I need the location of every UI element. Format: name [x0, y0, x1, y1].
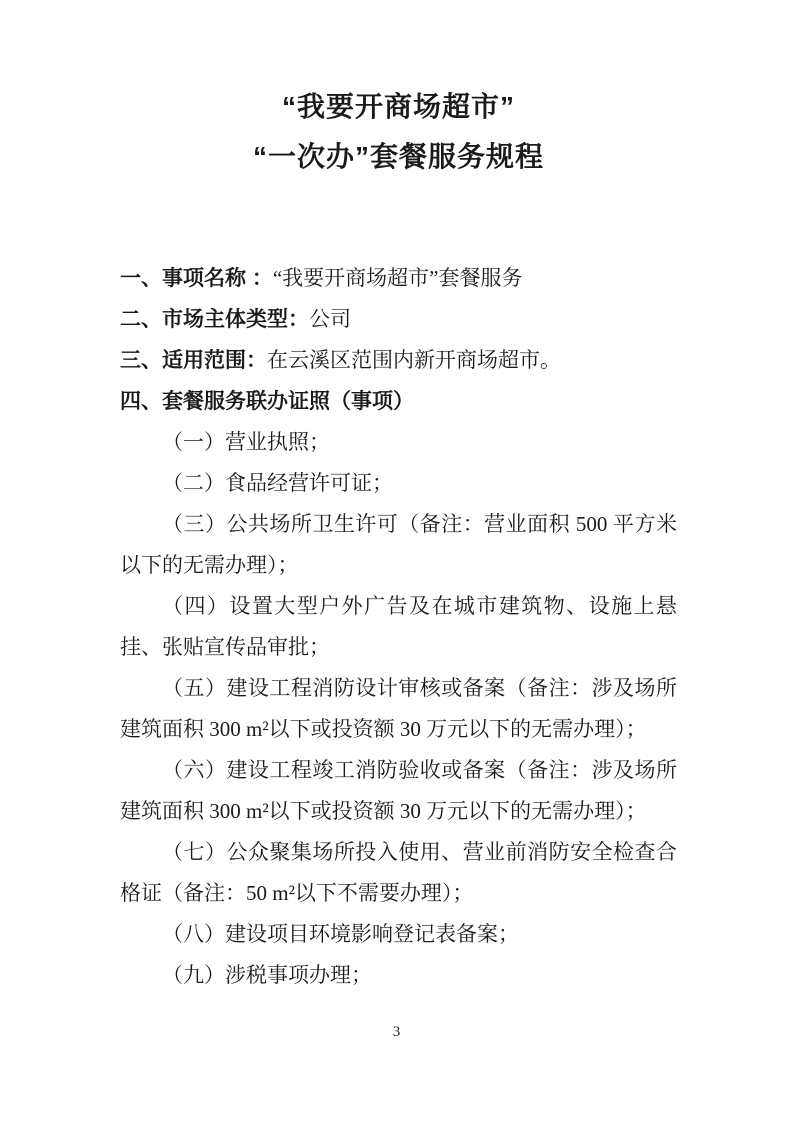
section-licenses-heading: 四、套餐服务联办证照（事项）: [120, 381, 677, 422]
section-label: 一、事项名称 ：: [120, 267, 273, 290]
section-scope: 三、适用范围：在云溪区范围内新开商场超市。: [120, 340, 677, 381]
section-label: 四、套餐服务联办证照（事项）: [120, 390, 414, 413]
section-value: 公司: [309, 307, 351, 331]
list-item: （四）设置大型户外广告及在城市建筑物、设施上悬挂、张贴宣传品审批；: [120, 586, 677, 668]
title-line-2: “一次办”套餐服务规程: [120, 132, 677, 182]
section-value: “我要开商场超市”套餐服务: [273, 266, 523, 290]
document-content: “我要开商场超市” “一次办”套餐服务规程 一、事项名称 ：“我要开商场超市”套…: [120, 82, 677, 996]
document-page: “我要开商场超市” “一次办”套餐服务规程 一、事项名称 ：“我要开商场超市”套…: [0, 0, 793, 1122]
list-item: （九）涉税事项办理；: [120, 955, 677, 996]
list-item: （一）营业执照；: [120, 422, 677, 463]
document-title: “我要开商场超市” “一次办”套餐服务规程: [120, 82, 677, 182]
list-item: （三）公共场所卫生许可（备注：营业面积 500 平方米以下的无需办理）；: [120, 504, 677, 586]
document-body: 一、事项名称 ：“我要开商场超市”套餐服务 二、市场主体类型：公司 三、适用范围…: [120, 258, 677, 996]
list-item: （二）食品经营许可证；: [120, 463, 677, 504]
title-line-1: “我要开商场超市”: [120, 82, 677, 132]
list-item: （七）公众聚集场所投入使用、营业前消防安全检查合格证（备注：50 m²以下不需要…: [120, 832, 677, 914]
section-value: 在云溪区范围内新开商场超市。: [267, 348, 561, 372]
page-number: 3: [0, 1024, 793, 1041]
section-entity-type: 二、市场主体类型：公司: [120, 299, 677, 340]
list-item: （八）建设项目环境影响登记表备案；: [120, 914, 677, 955]
section-item-name: 一、事项名称 ：“我要开商场超市”套餐服务: [120, 258, 677, 299]
list-item: （五）建设工程消防设计审核或备案（备注：涉及场所建筑面积 300 m²以下或投资…: [120, 668, 677, 750]
section-label: 二、市场主体类型：: [120, 308, 309, 331]
list-item: （六）建设工程竣工消防验收或备案（备注：涉及场所建筑面积 300 m²以下或投资…: [120, 750, 677, 832]
section-label: 三、适用范围：: [120, 349, 267, 372]
